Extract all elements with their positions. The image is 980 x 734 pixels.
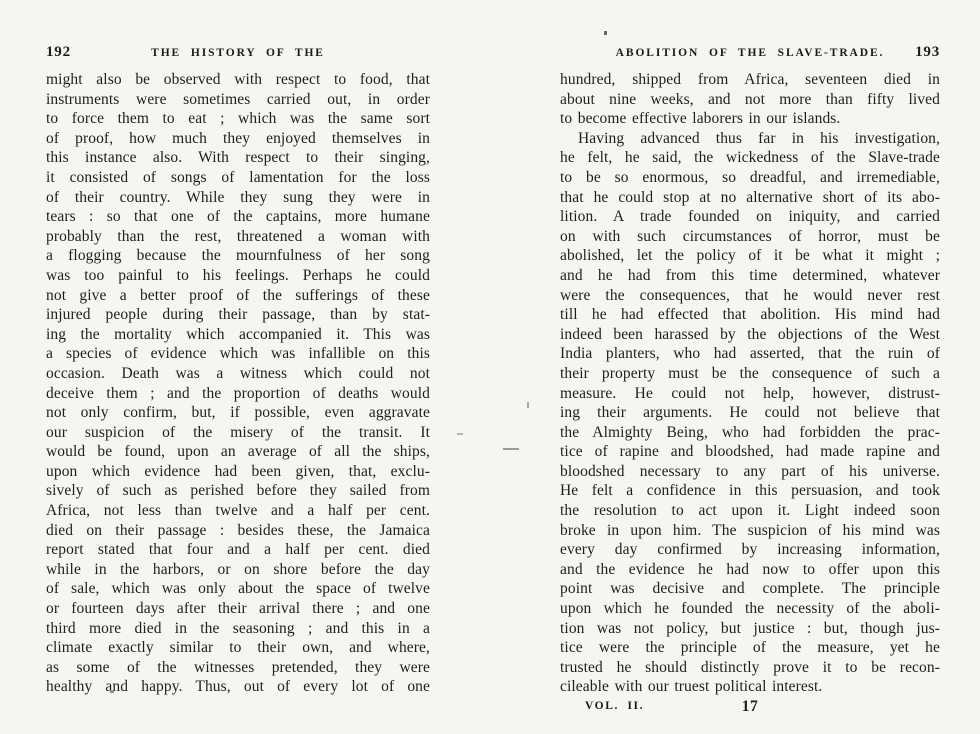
text-line: tice of rapine and bloodshed, had made r… xyxy=(560,442,940,462)
text-line: of proof, how much they enjoyed themselv… xyxy=(46,129,430,149)
text-line: their property must be the consequence o… xyxy=(560,364,940,384)
signature-number: 17 xyxy=(742,698,759,716)
text-line: probably than the rest, threatened a wom… xyxy=(46,227,430,247)
text-line: upon which he founded the necessity of t… xyxy=(560,599,940,619)
text-line: would be found, upon an average of all t… xyxy=(46,442,430,462)
text-line: report stated that four and a half per c… xyxy=(46,540,430,560)
text-line: he felt, he said, the wickedness of the … xyxy=(560,148,940,168)
text-line: not only confirm, but, if possible, even… xyxy=(46,403,430,423)
text-line: indeed been harassed by the objections o… xyxy=(560,325,940,345)
text-line: lition. A trade founded on iniquity, and… xyxy=(560,207,940,227)
text-line: the resolution to act upon it. Light ind… xyxy=(560,501,940,521)
page-left-header: 192 THE HISTORY OF THE xyxy=(46,44,430,68)
page-right: ABOLITION OF THE SLAVE-TRADE. 193 hundre… xyxy=(560,44,940,718)
scan-artifact-speck xyxy=(110,690,114,693)
text-line: upon which evidence had been given, that… xyxy=(46,462,430,482)
text-line: tion was not policy, but justice : but, … xyxy=(560,619,940,639)
text-line: abolished, let the policy of it be what … xyxy=(560,246,940,266)
text-line: occasion. Death was a witness which coul… xyxy=(46,364,430,384)
page-number-right: 193 xyxy=(888,44,940,61)
text-line: He felt a confidence in this persuasion,… xyxy=(560,481,940,501)
text-line: healthy and happy. Thus, out of every lo… xyxy=(46,677,430,697)
text-line: died on their passage : besides these, t… xyxy=(46,521,430,541)
text-line: and he had from this time determined, wh… xyxy=(560,266,940,286)
text-line: it consisted of songs of lamentation for… xyxy=(46,168,430,188)
text-line: or fourteen days after their arrival the… xyxy=(46,599,430,619)
scan-artifact-tick xyxy=(527,402,529,408)
text-line: a flogging because the mournfulness of h… xyxy=(46,246,430,266)
running-title-right: ABOLITION OF THE SLAVE-TRADE. xyxy=(612,47,888,59)
page-left-text: might also be observed with respect to f… xyxy=(46,70,430,697)
text-line: till he had effected that abolition. His… xyxy=(560,305,940,325)
page-left: 192 THE HISTORY OF THE might also be obs… xyxy=(46,44,430,697)
text-line: measure. He could not help, however, dis… xyxy=(560,384,940,404)
text-line: not give a better proof of the suffering… xyxy=(46,286,430,306)
text-line: broke in upon him. The suspicion of his … xyxy=(560,521,940,541)
text-line: to force them to eat ; which was the sam… xyxy=(46,109,430,129)
text-line: every day confirmed by increasing inform… xyxy=(560,540,940,560)
text-line: deceive them ; and the proportion of dea… xyxy=(46,384,430,404)
text-line: Having advanced thus far in his investig… xyxy=(560,129,940,149)
text-line: instruments were sometimes carried out, … xyxy=(46,90,430,110)
text-line: to become effective laborers in our isla… xyxy=(560,109,940,129)
text-line: point was decisive and complete. The pri… xyxy=(560,579,940,599)
text-line: cileable with our truest political inter… xyxy=(560,677,940,697)
text-line: ing their arguments. He could not believ… xyxy=(560,403,940,423)
text-line: tears : so that one of the captains, mor… xyxy=(46,207,430,227)
scan-artifact-speck xyxy=(604,31,607,35)
text-line: this instance also. With respect to thei… xyxy=(46,148,430,168)
text-line: ing the mortality which accompanied it. … xyxy=(46,325,430,345)
text-line: to be so enormous, so dreadful, and irre… xyxy=(560,168,940,188)
page-number-left: 192 xyxy=(46,44,98,61)
running-title-left: THE HISTORY OF THE xyxy=(98,47,378,59)
text-line: tice were the principle of the measure, … xyxy=(560,638,940,658)
text-line: a species of evidence which was infallib… xyxy=(46,344,430,364)
text-line: the Almighty Being, who had forbidden th… xyxy=(560,423,940,443)
text-line: third more died in the seasoning ; and t… xyxy=(46,619,430,639)
book-scan: 192 THE HISTORY OF THE might also be obs… xyxy=(0,0,980,734)
text-line: might also be observed with respect to f… xyxy=(46,70,430,90)
page-right-header: ABOLITION OF THE SLAVE-TRADE. 193 xyxy=(560,44,940,68)
text-line: was too painful to his feelings. Perhaps… xyxy=(46,266,430,286)
text-line: while in the harbors, or on shore before… xyxy=(46,560,430,580)
text-line: sively of such as perished before they s… xyxy=(46,481,430,501)
text-line: trusted he should distinctly prove it to… xyxy=(560,658,940,678)
page-right-footer: VOL. II. 17 xyxy=(560,698,940,718)
text-line: that he could stop at no alternative sho… xyxy=(560,188,940,208)
text-line: injured people during their passage, tha… xyxy=(46,305,430,325)
text-line: and the evidence he had now to offer upo… xyxy=(560,560,940,580)
page-right-text: hundred, shipped from Africa, seventeen … xyxy=(560,70,940,697)
text-line: our suspicion of the misery of the trans… xyxy=(46,423,430,443)
volume-label: VOL. II. xyxy=(585,700,644,712)
text-line: on with such circumstances of horror, mu… xyxy=(560,227,940,247)
text-line: about nine weeks, and not more than fift… xyxy=(560,90,940,110)
text-line: as some of the witnesses pretended, they… xyxy=(46,658,430,678)
text-line: Africa, not less than twelve and a half … xyxy=(46,501,430,521)
scan-artifact-dash xyxy=(457,433,463,435)
text-line: hundred, shipped from Africa, seventeen … xyxy=(560,70,940,90)
scan-artifact-dash xyxy=(503,448,519,450)
text-line: climate exactly similar to their own, an… xyxy=(46,638,430,658)
text-line: bloodshed necessary to any part of his u… xyxy=(560,462,940,482)
text-line: of sale, which was only about the space … xyxy=(46,579,430,599)
text-line: of their country. While they sung they w… xyxy=(46,188,430,208)
text-line: were the consequences, that he would nev… xyxy=(560,286,940,306)
text-line: India planters, who had asserted, that t… xyxy=(560,344,940,364)
